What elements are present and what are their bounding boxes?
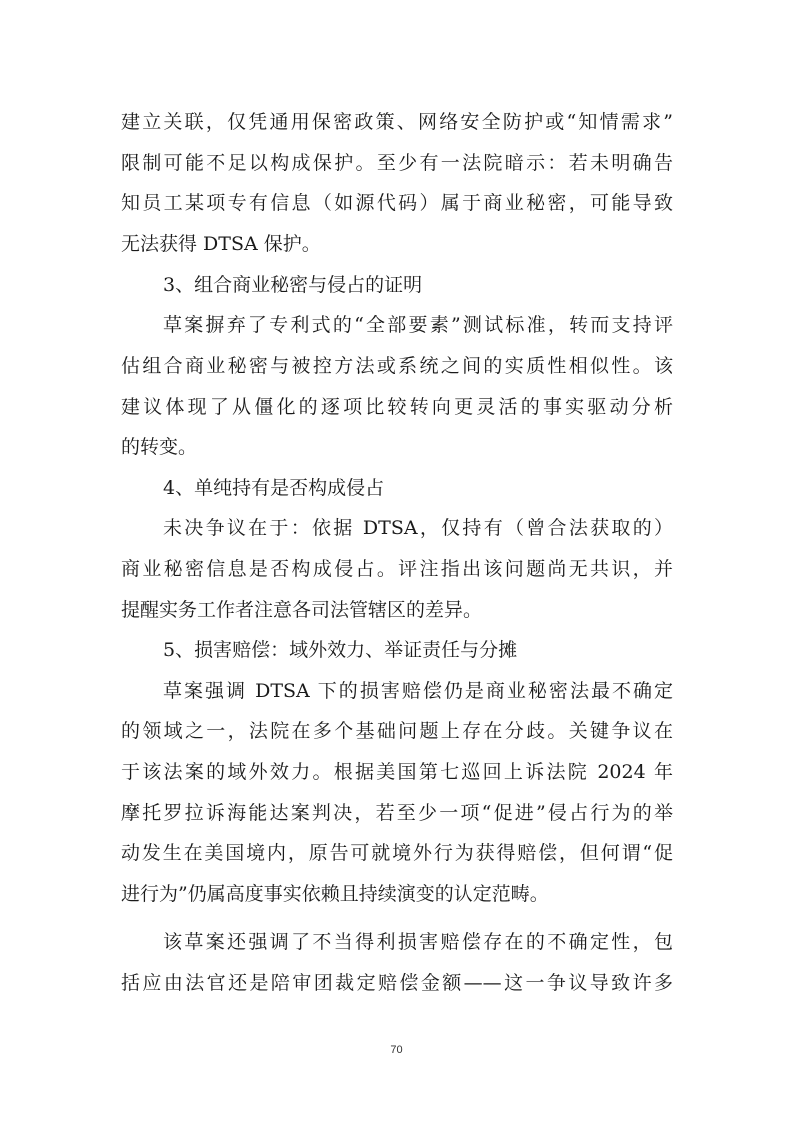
section-heading-5: 5、损害赔偿：域外效力、举证责任与分摊 bbox=[163, 638, 673, 662]
page-number: 70 bbox=[0, 1044, 793, 1056]
paragraph-line: 提醒实务工作者注意各司法管辖区的差异。 bbox=[121, 598, 673, 622]
paragraph-line: 建立关联，仅凭通用保密政策、网络安全防护或“知情需求” bbox=[121, 110, 673, 134]
section-heading-3: 3、组合商业秘密与侵占的证明 bbox=[163, 273, 673, 297]
paragraph-line: 建议体现了从僵化的逐项比较转向更灵活的事实驱动分析 bbox=[121, 395, 673, 419]
paragraph-line: 商业秘密信息是否构成侵占。评注指出该问题尚无共识，并 bbox=[121, 557, 673, 581]
paragraph-line: 估组合商业秘密与被控方法或系统之间的实质性相似性。该 bbox=[121, 354, 673, 378]
paragraph-line: 无法获得 DTSA 保护。 bbox=[121, 232, 673, 256]
paragraph-line: 进行为”仍属高度事实依赖且持续演变的认定范畴。 bbox=[121, 882, 673, 906]
paragraph-line: 草案强调 DTSA 下的损害赔偿仍是商业秘密法最不确定 bbox=[163, 679, 673, 703]
paragraph-line: 限制可能不足以构成保护。至少有一法院暗示：若未明确告 bbox=[121, 151, 673, 175]
paragraph-line: 知员工某项专有信息（如源代码）属于商业秘密，可能导致 bbox=[121, 191, 673, 215]
paragraph-line: 草案摒弃了专利式的“全部要素”测试标准，转而支持评 bbox=[163, 313, 673, 337]
paragraph-line: 动发生在美国境内，原告可就境外行为获得赔偿，但何谓“促 bbox=[121, 841, 673, 865]
paragraph-line: 未决争议在于：依据 DTSA，仅持有（曾合法获取的） bbox=[163, 516, 673, 540]
paragraph-line: 括应由法官还是陪审团裁定赔偿金额——这一争议导致许多 bbox=[121, 971, 673, 995]
section-heading-4: 4、单纯持有是否构成侵占 bbox=[163, 476, 673, 500]
document-page: 建立关联，仅凭通用保密政策、网络安全防护或“知情需求” 限制可能不足以构成保护。… bbox=[0, 0, 793, 1122]
paragraph-line: 摩托罗拉诉海能达案判决，若至少一项“促进”侵占行为的举 bbox=[121, 801, 673, 825]
paragraph-line: 该草案还强调了不当得利损害赔偿存在的不确定性，包 bbox=[163, 930, 673, 954]
paragraph-line: 的领域之一，法院在多个基础问题上存在分歧。关键争议在 bbox=[121, 719, 673, 743]
paragraph-line: 于该法案的域外效力。根据美国第七巡回上诉法院 2024 年 bbox=[121, 760, 673, 784]
paragraph-line: 的转变。 bbox=[121, 435, 673, 459]
